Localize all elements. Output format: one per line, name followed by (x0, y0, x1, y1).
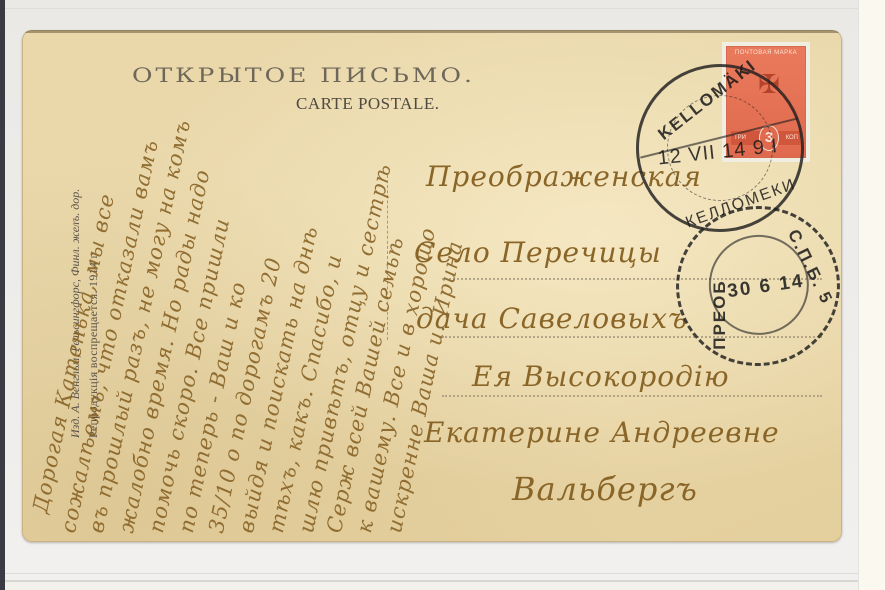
address-line: Ея Высокородію (472, 360, 730, 393)
address-line: Вальбергъ (512, 470, 698, 508)
address-dotted-line (442, 395, 822, 397)
address-line: дача Савеловыхъ (416, 302, 688, 335)
address-line: Село Перечицы (414, 236, 662, 269)
handwritten-message: Дорогая Катенька, мы все сожалѣемъ, что … (22, 30, 422, 542)
postcard: ОТКРЫТОЕ ПИСЬМО. CARTE POSTALE. Изд. А. … (22, 30, 842, 542)
stamp-header: ПОЧТОВАЯ МАРКА (727, 50, 805, 56)
address-line: Екатерине Андреевне (424, 416, 780, 449)
scan-right-margin (858, 0, 885, 590)
